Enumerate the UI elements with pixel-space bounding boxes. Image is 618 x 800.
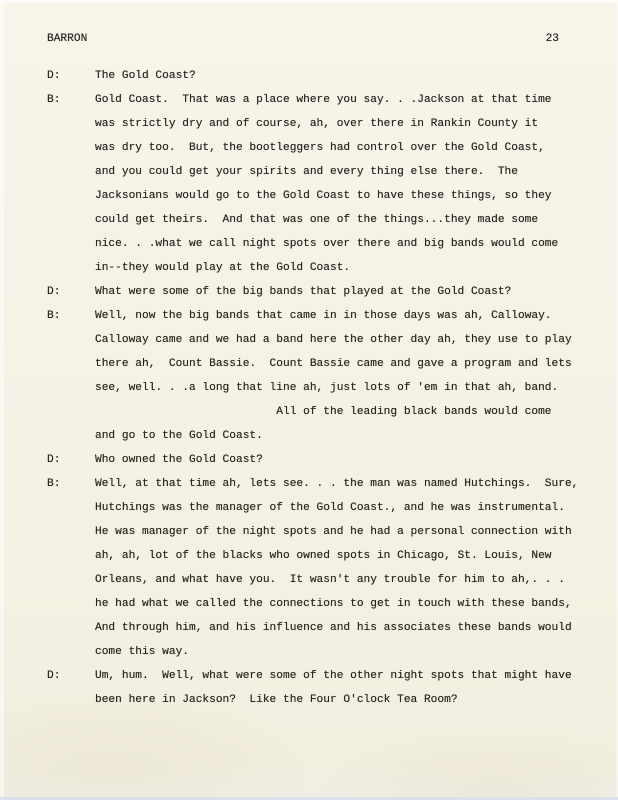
speaker-lines: The Gold Coast?: [95, 64, 608, 88]
transcript-line: ah, ah, lot of the blacks who owned spot…: [95, 544, 608, 568]
transcript-line: Jacksonians would go to the Gold Coast t…: [95, 184, 608, 208]
transcript-line: Hutchings was the manager of the Gold Co…: [95, 496, 608, 520]
page-number: 23: [546, 32, 559, 46]
transcript-line: was strictly dry and of course, ah, over…: [95, 112, 608, 136]
dialogue-turn: D: Who owned the Gold Coast?: [47, 448, 608, 472]
transcript-line: was dry too. But, the bootleggers had co…: [95, 136, 608, 160]
speaker-label: B:: [47, 304, 95, 328]
transcript-line: come this way.: [95, 640, 608, 664]
dialogue-turn: D: Um, hum. Well, what were some of the …: [47, 664, 608, 712]
speaker-label: B:: [47, 88, 95, 112]
speaker-label: D:: [47, 664, 95, 688]
dialogue-turn: B: Well, now the big bands that came in …: [47, 304, 608, 448]
speaker-lines: Um, hum. Well, what were some of the oth…: [95, 664, 608, 712]
transcript-line: Who owned the Gold Coast?: [95, 448, 608, 472]
speaker-label: D:: [47, 280, 95, 304]
dialogue-turn: B: Well, at that time ah, lets see. . . …: [47, 472, 608, 664]
transcript-line: And through him, and his influence and h…: [95, 616, 608, 640]
speaker-label: D:: [47, 64, 95, 88]
transcript-line: been here in Jackson? Like the Four O'cl…: [95, 688, 608, 712]
transcript-line: What were some of the big bands that pla…: [95, 280, 608, 304]
speaker-lines: Gold Coast. That was a place where you s…: [95, 88, 608, 280]
transcript-line: and go to the Gold Coast.: [95, 424, 608, 448]
transcript-line: see, well. . .a long that line ah, just …: [95, 376, 608, 400]
speaker-lines: What were some of the big bands that pla…: [95, 280, 608, 304]
transcript: D: The Gold Coast? B: Gold Coast. That w…: [0, 64, 618, 712]
author-name: BARRON: [47, 32, 87, 46]
transcript-line: and you could get your spirits and every…: [95, 160, 608, 184]
transcript-line: Well, at that time ah, lets see. . . the…: [95, 472, 608, 496]
transcript-line: Orleans, and what have you. It wasn't an…: [95, 568, 608, 592]
transcript-line: All of the leading black bands would com…: [95, 400, 608, 424]
speaker-label: B:: [47, 472, 95, 496]
transcript-line: he had what we called the connections to…: [95, 592, 608, 616]
transcript-line: He was manager of the night spots and he…: [95, 520, 608, 544]
transcript-line: in--they would play at the Gold Coast.: [95, 256, 608, 280]
scan-edge-left: [0, 0, 4, 800]
transcript-line: Um, hum. Well, what were some of the oth…: [95, 664, 608, 688]
dialogue-turn: D: The Gold Coast?: [47, 64, 608, 88]
speaker-lines: Who owned the Gold Coast?: [95, 448, 608, 472]
transcript-line: Gold Coast. That was a place where you s…: [95, 88, 608, 112]
page-header: BARRON 23: [0, 0, 618, 46]
transcript-line: could get theirs. And that was one of th…: [95, 208, 608, 232]
transcript-line: The Gold Coast?: [95, 64, 608, 88]
speaker-lines: Well, at that time ah, lets see. . . the…: [95, 472, 608, 664]
transcript-line: Calloway came and we had a band here the…: [95, 328, 608, 352]
dialogue-turn: D: What were some of the big bands that …: [47, 280, 608, 304]
transcript-line: nice. . .what we call night spots over t…: [95, 232, 608, 256]
speaker-lines: Well, now the big bands that came in in …: [95, 304, 608, 448]
speaker-label: D:: [47, 448, 95, 472]
document-page: BARRON 23 D: The Gold Coast? B: Gold Coa…: [0, 0, 618, 800]
transcript-line: there ah, Count Bassie. Count Bassie cam…: [95, 352, 608, 376]
scan-edge-top: [0, 0, 618, 3]
transcript-line: Well, now the big bands that came in in …: [95, 304, 608, 328]
dialogue-turn: B: Gold Coast. That was a place where yo…: [47, 88, 608, 280]
